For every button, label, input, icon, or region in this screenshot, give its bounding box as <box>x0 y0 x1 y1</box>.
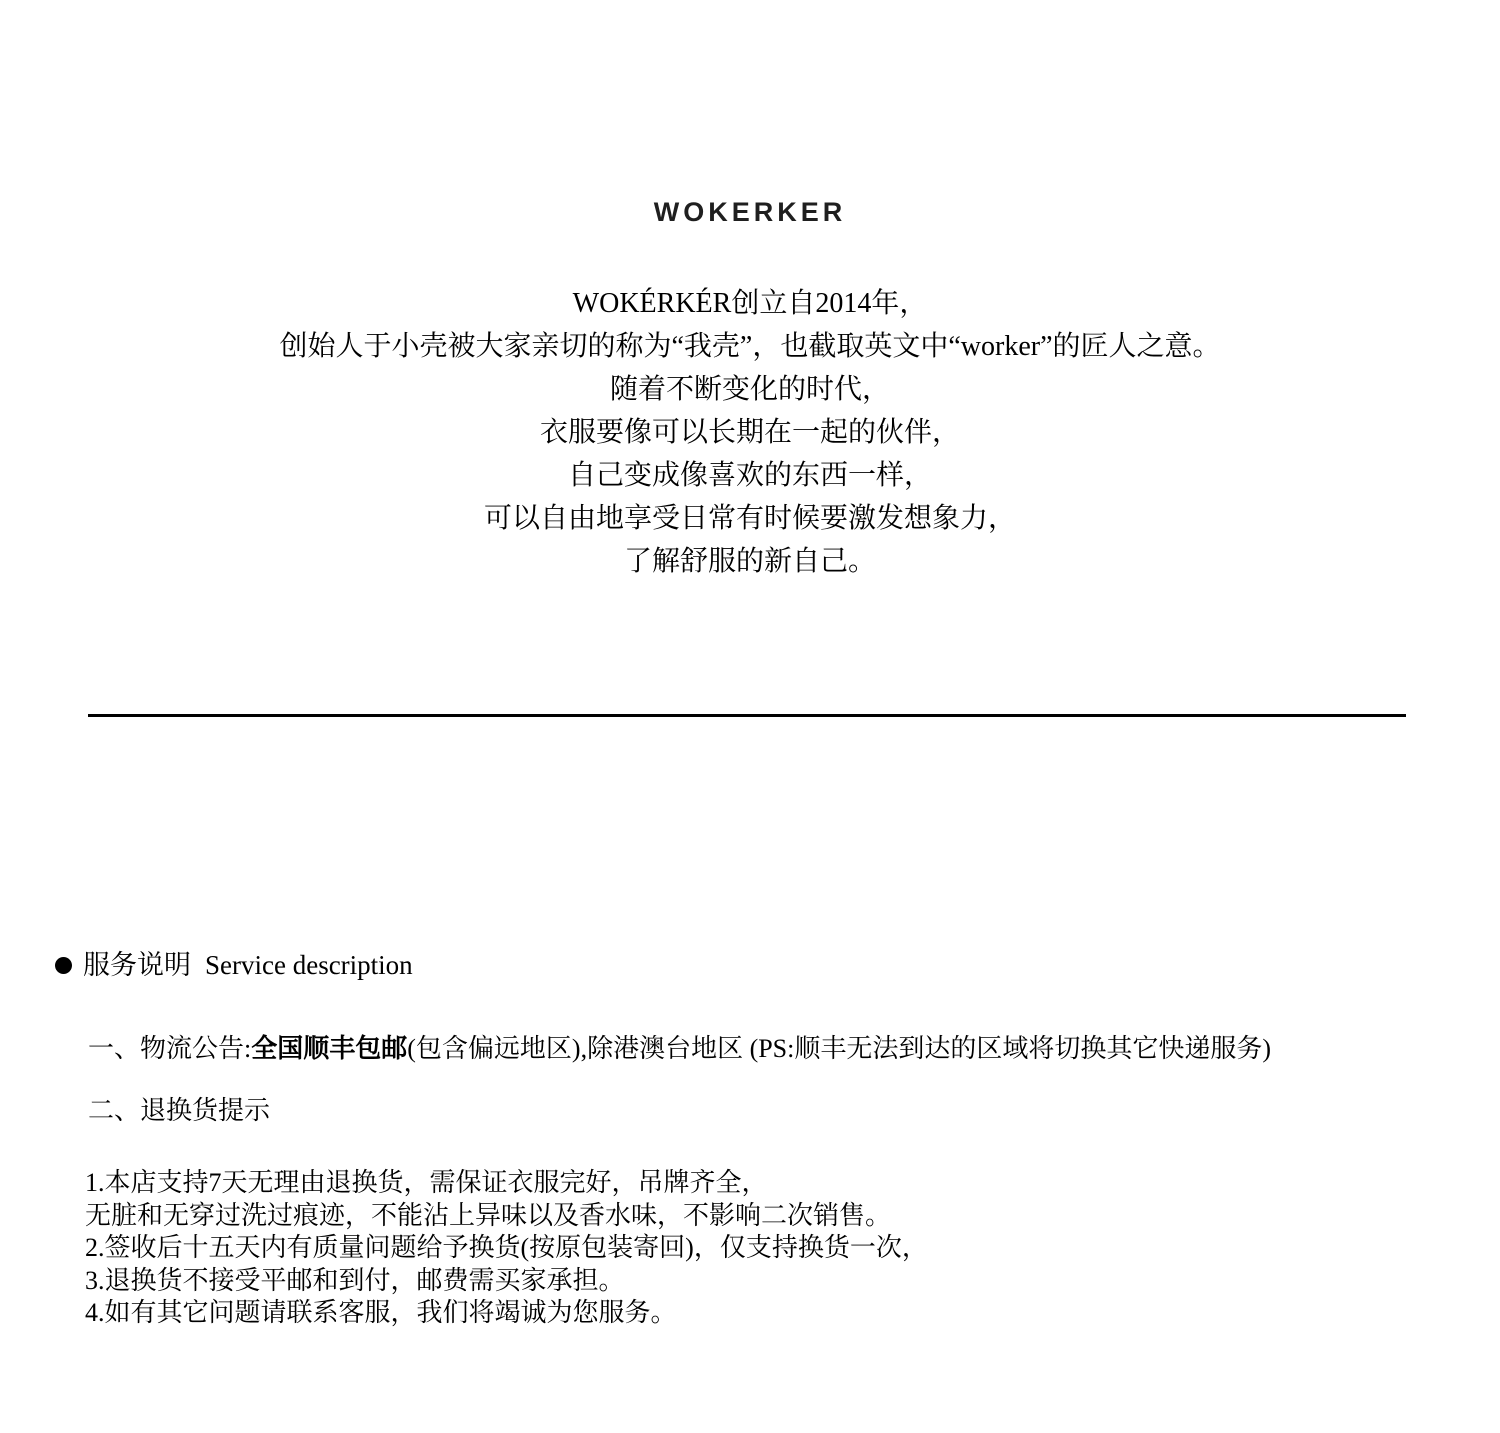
brand-intro: WOKÉRKÉR创立自2014年， 创始人于小壳被大家亲切的称为“我壳”，也截取… <box>0 282 1500 583</box>
service-heading-zh: 服务说明 <box>83 950 191 980</box>
bullet-circle-icon <box>55 957 72 974</box>
section-divider <box>88 714 1406 717</box>
service-section-heading: 服务说明 Service description <box>55 950 413 980</box>
brand-intro-line: 了解舒服的新自己。 <box>0 540 1500 583</box>
service-heading-en: Service description <box>205 950 413 980</box>
shipping-notice: 一、物流公告:全国顺丰包邮(包含偏远地区),除港澳台地区 (PS:顺丰无法到达的… <box>88 1032 1271 1065</box>
returns-list-line: 1.本店支持7天无理由退换货，需保证衣服完好，吊牌齐全， <box>85 1167 928 1200</box>
brand-intro-line: WOKÉRKÉR创立自2014年， <box>0 282 1500 325</box>
shipping-notice-highlight: 全国顺丰包邮 <box>251 1033 407 1063</box>
returns-list: 1.本店支持7天无理由退换货，需保证衣服完好，吊牌齐全， 无脏和无穿过洗过痕迹，… <box>85 1167 928 1330</box>
returns-list-line: 3.退换货不接受平邮和到付，邮费需买家承担。 <box>85 1265 928 1298</box>
returns-list-line: 4.如有其它问题请联系客服，我们将竭诚为您服务。 <box>85 1297 928 1330</box>
brand-intro-line: 创始人于小壳被大家亲切的称为“我壳”，也截取英文中“worker”的匠人之意。 <box>0 325 1500 368</box>
returns-list-line: 2.签收后十五天内有质量问题给予换货(按原包装寄回)，仅支持换货一次， <box>85 1232 928 1265</box>
brand-intro-line: 随着不断变化的时代， <box>0 368 1500 411</box>
shipping-notice-rest: (包含偏远地区),除港澳台地区 (PS:顺丰无法到达的区域将切换其它快递服务) <box>407 1034 1271 1063</box>
product-description-page: WOKERKER WOKÉRKÉR创立自2014年， 创始人于小壳被大家亲切的称… <box>0 0 1500 1433</box>
brand-intro-line: 可以自由地享受日常有时候要激发想象力， <box>0 497 1500 540</box>
shipping-notice-label: 一、物流公告: <box>88 1034 251 1063</box>
brand-intro-line: 自己变成像喜欢的东西一样， <box>0 454 1500 497</box>
brand-intro-line: 衣服要像可以长期在一起的伙伴， <box>0 411 1500 454</box>
returns-heading: 二、退换货提示 <box>88 1095 270 1127</box>
brand-title: WOKERKER <box>0 197 1500 228</box>
returns-list-line: 无脏和无穿过洗过痕迹，不能沾上异味以及香水味，不影响二次销售。 <box>85 1200 928 1233</box>
